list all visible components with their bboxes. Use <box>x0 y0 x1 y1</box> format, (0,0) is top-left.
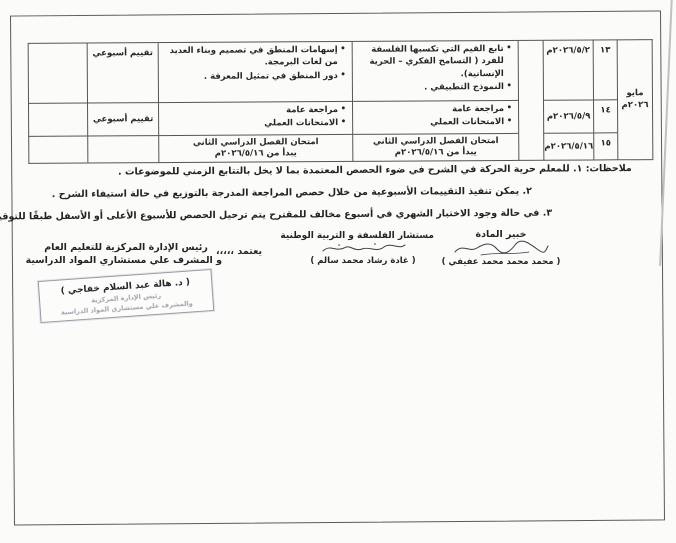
consultant-name: ( غادة رشاد محمد سالم ) <box>292 256 434 266</box>
weekly-plan-table: مايو ٢٠٢٦م ١٣ ١٤ ١٥ ٢٠٢٦/٥/٢م ٢٠٢٦/٥/٩م … <box>28 39 654 164</box>
head-title-line-2: و المشرف علي مستشاري المواد الدراسية <box>30 255 222 268</box>
topic-line: الامتحانات العملي <box>355 116 515 129</box>
evaluation-week-15 <box>87 136 158 163</box>
head-title-line-1: رئيس الإدارة المركزية للتعليم العام <box>30 242 222 255</box>
handwritten-signature-icon <box>451 240 551 257</box>
week-13-date: ٢٠٢٦/٥/٢م <box>543 40 593 100</box>
head-signature-block: رئيس الإدارة المركزية للتعليم العام و ال… <box>30 242 222 317</box>
philosophy-topics-week-14: مراجعة عامة الامتحانات العملي <box>352 101 518 135</box>
official-stamp: ( د. هالة عبد السلام خفاجي ) رئيس الإدار… <box>38 269 215 323</box>
philosophy-exam-week-15: امتحان الفصل الدراسي الثاني يبدأ من ٢٠٢٦… <box>352 134 518 162</box>
week-number-14: ١٤ <box>593 100 617 133</box>
consultant-title: مستشار الفلسفة و التربية الوطنية <box>292 231 434 241</box>
philosophy-topics-week-13: تابع القيم التي تكسبها الفلسفة للفرد ( ا… <box>352 41 518 102</box>
scanned-document-page: مايو ٢٠٢٦م ١٣ ١٤ ١٥ ٢٠٢٦/٥/٢م ٢٠٢٦/٥/٩م … <box>0 0 676 543</box>
evaluation-week-14: تقييم أسبوعي <box>87 103 158 136</box>
approval-label: يعتمد ،،،،، <box>216 246 262 257</box>
logic-topics-week-13: إسهامات المنطق في تصميم وبناء العديد من … <box>158 42 352 103</box>
note-2: ٢. يمكن تنفيذ التقييمات الأسبوعية من خلا… <box>52 186 532 200</box>
week-number-13: ١٣ <box>593 40 617 100</box>
topic-line: الامتحانات العملي <box>161 117 349 130</box>
subject-expert-signature-block: خبير المادة ( محمد محمد محمد عفيفي ) <box>440 229 562 267</box>
week-15-date: ٢٠٢٦/٥/١٦م <box>543 133 593 160</box>
month-name: مايو <box>626 89 643 100</box>
notes-section: ملاحظات: ١. للمعلم حرية الحركة في الشرح … <box>60 163 636 233</box>
note-3: ٣. في حالة وجود الاختبار الشهري في أسبوع… <box>0 208 552 223</box>
topic-line: تابع القيم التي تكسبها الفلسفة للفرد ( ا… <box>355 43 515 81</box>
empty-cell <box>28 137 87 164</box>
topic-line: مراجعة عامة <box>161 104 349 117</box>
subject-expert-name: ( محمد محمد محمد عفيفي ) <box>440 257 562 267</box>
week-number-15: ١٥ <box>593 133 617 160</box>
consultant-signature-block: مستشار الفلسفة و التربية الوطنية ( غادة … <box>292 231 434 266</box>
logic-exam-week-15: امتحان الفصل الدراسي الثاني يبدأ من ٢٠٢٦… <box>158 135 352 163</box>
empty-cell <box>28 44 87 104</box>
topic-line: النموذج التطبيقي . <box>355 81 515 94</box>
exam-line: يبدأ من ٢٠٢٦/٥/١٦م <box>395 147 477 159</box>
handwritten-signature-icon <box>317 241 409 256</box>
exam-line: يبدأ من ٢٠٢٦/٥/١٦م <box>215 148 297 160</box>
topic-line: إسهامات المنطق في تصميم وبناء العديد من … <box>161 44 349 70</box>
week-14-date: ٢٠٢٦/٥/٩م <box>543 100 593 133</box>
note-1: ملاحظات: ١. للمعلم حرية الحركة في الشرح … <box>118 163 632 178</box>
spacer-column <box>518 41 544 161</box>
empty-cell <box>28 104 87 137</box>
subject-expert-title: خبير المادة <box>440 229 562 240</box>
exam-line: امتحان الفصل الدراسي الثاني <box>193 137 319 149</box>
month-year: ٢٠٢٦م <box>621 100 648 111</box>
exam-line: امتحان الفصل الدراسي الثاني <box>373 136 499 148</box>
month-cell: مايو ٢٠٢٦م <box>617 40 653 160</box>
topic-line: دور المنطق في تمثيل المعرفة . <box>161 70 349 83</box>
topic-line: مراجعة عامة <box>355 103 515 116</box>
logic-topics-week-14: مراجعة عامة الامتحانات العملي <box>158 102 352 136</box>
evaluation-week-13: تقييم أسبوعي <box>87 43 158 103</box>
